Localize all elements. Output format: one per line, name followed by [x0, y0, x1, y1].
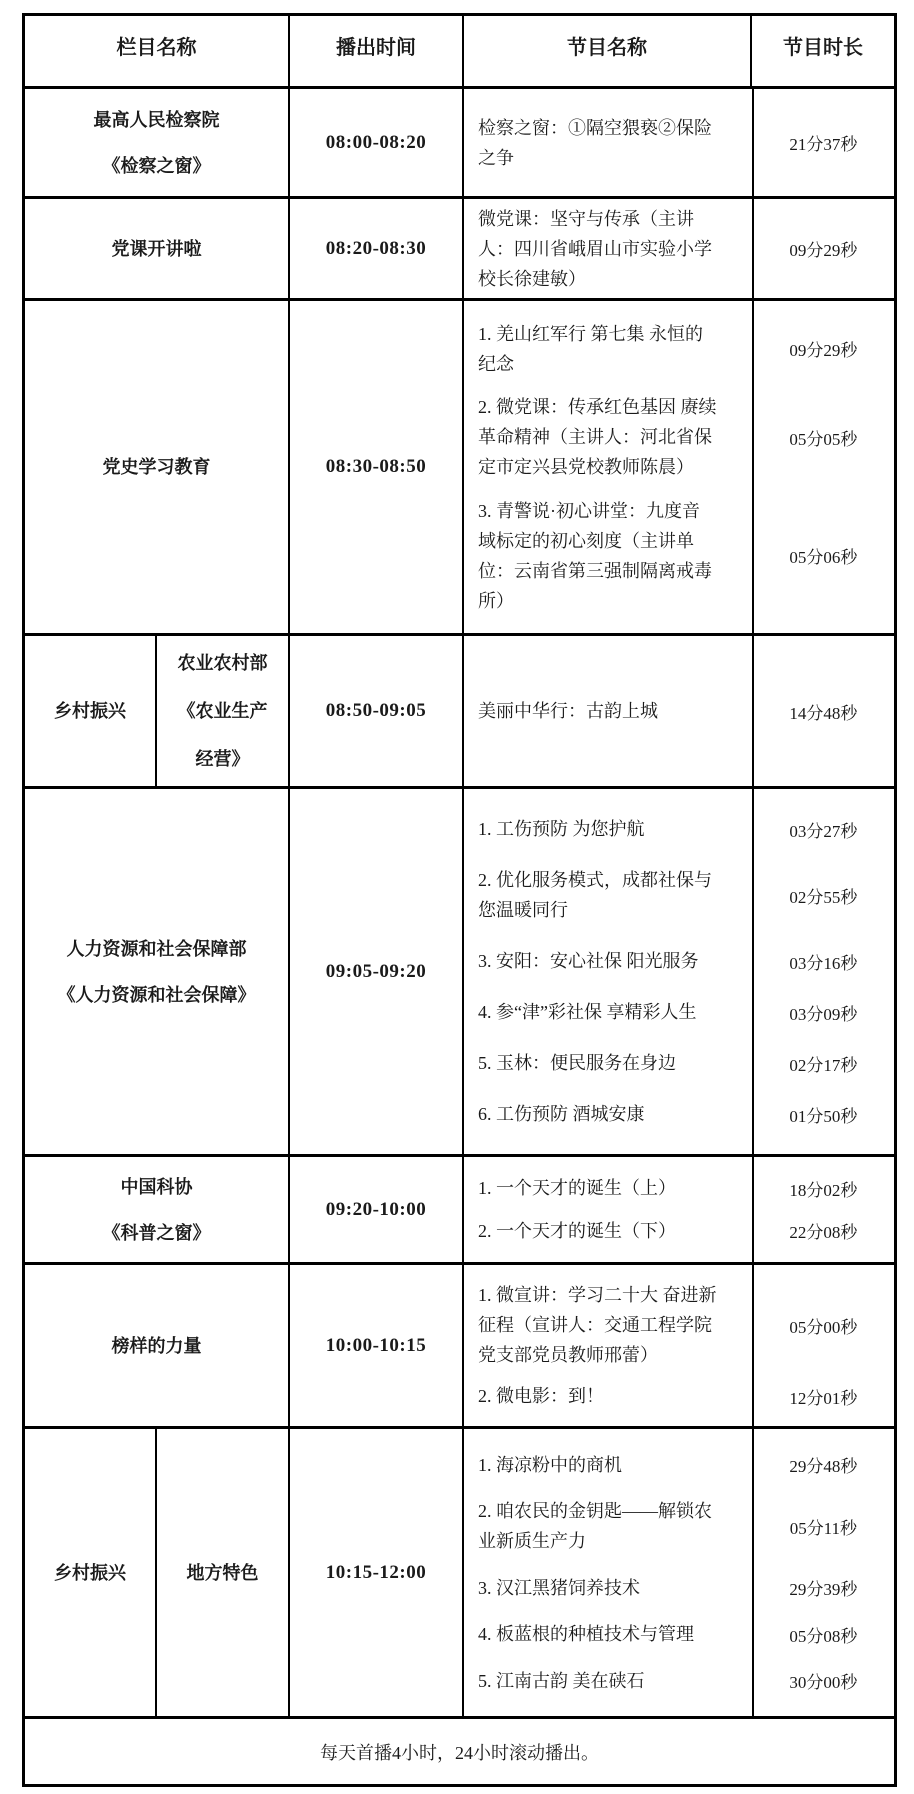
program-entry: 1. 一个天才的诞生（上） 18分02秒 — [464, 1173, 894, 1203]
program-duration: 21分37秒 — [751, 130, 894, 155]
program-entry: 3. 安阳：安心社保 阳光服务 03分16秒 — [464, 946, 894, 976]
program-entry: 美丽中华行：古韵上城 14分48秒 — [464, 696, 894, 726]
programs-cell: 1. 工伤预防 为您护航 03分27秒 2. 优化服务模式，成都社保与您温暖同行… — [462, 789, 894, 1154]
program-title: 3. 青警说·初心讲堂：九度音域标定的初心刻度（主讲单位：云南省第三强制隔离戒毒… — [464, 496, 751, 616]
program-entry: 4. 参“津”彩社保 享精彩人生 03分09秒 — [464, 997, 894, 1027]
program-title: 1. 海凉粉中的商机 — [464, 1450, 751, 1480]
program-title: 4. 板蓝根的种植技术与管理 — [464, 1619, 751, 1649]
sub-column-right-cell: 地方特色 — [155, 1429, 288, 1716]
column-name-line: 农业农村部 — [178, 639, 268, 687]
program-entry: 2. 一个天才的诞生（下） 22分08秒 — [464, 1216, 894, 1246]
program-entry: 2. 优化服务模式，成都社保与您温暖同行 02分55秒 — [464, 865, 894, 925]
programs-cell: 检察之窗：①隔空猥亵②保险之争 21分37秒 — [462, 89, 894, 196]
program-title: 1. 一个天才的诞生（上） — [464, 1173, 751, 1203]
program-entry: 1. 微宣讲：学习二十大 奋进新征程（宣讲人：交通工程学院党支部党员教师邢蕾） … — [464, 1280, 894, 1370]
program-duration: 30分00秒 — [751, 1668, 894, 1693]
column-name-cell: 人力资源和社会保障部 《人力资源和社会保障》 — [25, 789, 288, 1154]
column-name-line: 《检察之窗》 — [103, 143, 211, 189]
program-title: 2. 咱农民的金钥匙——解锁农业新质生产力 — [464, 1496, 751, 1556]
header-program-name: 节目名称 — [462, 16, 750, 86]
program-entry: 2. 咱农民的金钥匙——解锁农业新质生产力 05分11秒 — [464, 1496, 894, 1556]
program-entry: 4. 板蓝根的种植技术与管理 05分08秒 — [464, 1619, 894, 1649]
program-title: 5. 江南古韵 美在硖石 — [464, 1666, 751, 1696]
programs-cell: 1. 微宣讲：学习二十大 奋进新征程（宣讲人：交通工程学院党支部党员教师邢蕾） … — [462, 1265, 894, 1426]
schedule-row: 乡村振兴 农业农村部 《农业生产 经营》 08:50-09:05 美丽中华行：古… — [25, 633, 894, 786]
program-duration: 22分08秒 — [751, 1218, 894, 1243]
program-entry: 3. 汉江黑猪饲养技术 29分39秒 — [464, 1573, 894, 1603]
program-duration: 05分05秒 — [751, 425, 894, 450]
program-title: 1. 微宣讲：学习二十大 奋进新征程（宣讲人：交通工程学院党支部党员教师邢蕾） — [464, 1280, 751, 1370]
program-entry: 微党课：坚守与传承（主讲人：四川省峨眉山市实验小学校长徐建敏） 09分29秒 — [464, 204, 894, 294]
program-title: 2. 一个天才的诞生（下） — [464, 1216, 751, 1246]
program-duration: 18分02秒 — [751, 1176, 894, 1201]
program-entry: 1. 羌山红军行 第七集 永恒的纪念 09分29秒 — [464, 319, 894, 379]
column-name-line: 人力资源和社会保障部 — [67, 926, 247, 972]
program-duration: 05分06秒 — [751, 543, 894, 568]
program-title: 3. 汉江黑猪饲养技术 — [464, 1573, 751, 1603]
column-name-line: 《人力资源和社会保障》 — [58, 972, 256, 1018]
broadcast-time-cell: 09:05-09:20 — [288, 789, 462, 1154]
program-entry: 5. 玉林：便民服务在身边 02分17秒 — [464, 1048, 894, 1078]
program-duration: 09分29秒 — [751, 336, 894, 361]
schedule-row: 乡村振兴 地方特色 10:15-12:00 1. 海凉粉中的商机 29分48秒 … — [25, 1426, 894, 1716]
schedule-row: 人力资源和社会保障部 《人力资源和社会保障》 09:05-09:20 1. 工伤… — [25, 786, 894, 1154]
column-name-line: 中国科协 — [121, 1164, 193, 1210]
broadcast-schedule-table: 栏目名称 播出时间 节目名称 节目时长 最高人民检察院 《检察之窗》 08:00… — [22, 13, 897, 1787]
column-name-line: 榜样的力量 — [112, 1323, 202, 1369]
program-entry: 检察之窗：①隔空猥亵②保险之争 21分37秒 — [464, 113, 894, 173]
program-title: 2. 微电影：到！ — [464, 1381, 751, 1411]
header-column-name: 栏目名称 — [25, 16, 288, 86]
broadcast-time-cell: 10:15-12:00 — [288, 1429, 462, 1716]
program-title: 1. 羌山红军行 第七集 永恒的纪念 — [464, 319, 751, 379]
program-duration: 03分16秒 — [751, 949, 894, 974]
program-entry: 6. 工伤预防 酒城安康 01分50秒 — [464, 1099, 894, 1129]
programs-cell: 1. 海凉粉中的商机 29分48秒 2. 咱农民的金钥匙——解锁农业新质生产力 … — [462, 1429, 894, 1716]
column-name-cell: 最高人民检察院 《检察之窗》 — [25, 89, 288, 196]
program-duration: 14分48秒 — [751, 699, 894, 724]
column-name-line: 经营》 — [196, 735, 250, 783]
program-title: 2. 优化服务模式，成都社保与您温暖同行 — [464, 865, 751, 925]
sub-column-left-cell: 乡村振兴 — [25, 636, 155, 786]
program-title: 1. 工伤预防 为您护航 — [464, 814, 751, 844]
column-name-line: 乡村振兴 — [54, 1550, 126, 1596]
column-name-line: 党课开讲啦 — [112, 226, 202, 272]
program-duration: 03分09秒 — [751, 1000, 894, 1025]
column-name-line: 地方特色 — [187, 1549, 259, 1597]
column-name-line: 乡村振兴 — [54, 688, 126, 734]
column-name-line: 《科普之窗》 — [103, 1210, 211, 1256]
program-duration: 02分17秒 — [751, 1051, 894, 1076]
program-title: 5. 玉林：便民服务在身边 — [464, 1048, 751, 1078]
sub-column-right-cell: 农业农村部 《农业生产 经营》 — [155, 636, 288, 786]
column-name-line: 《农业生产 — [178, 687, 268, 735]
program-duration: 05分08秒 — [751, 1622, 894, 1647]
column-name-cell: 党课开讲啦 — [25, 199, 288, 298]
program-entry: 2. 微党课：传承红色基因 赓续革命精神（主讲人：河北省保定市定兴县党校教师陈晨… — [464, 392, 894, 482]
programs-cell: 1. 一个天才的诞生（上） 18分02秒 2. 一个天才的诞生（下） 22分08… — [462, 1157, 894, 1262]
program-entry: 1. 工伤预防 为您护航 03分27秒 — [464, 814, 894, 844]
broadcast-time-cell: 09:20-10:00 — [288, 1157, 462, 1262]
program-entry: 5. 江南古韵 美在硖石 30分00秒 — [464, 1666, 894, 1696]
program-entry: 1. 海凉粉中的商机 29分48秒 — [464, 1450, 894, 1480]
program-duration: 03分27秒 — [751, 817, 894, 842]
programs-cell: 1. 羌山红军行 第七集 永恒的纪念 09分29秒 2. 微党课：传承红色基因 … — [462, 301, 894, 633]
schedule-row: 中国科协 《科普之窗》 09:20-10:00 1. 一个天才的诞生（上） 18… — [25, 1154, 894, 1262]
program-title: 微党课：坚守与传承（主讲人：四川省峨眉山市实验小学校长徐建敏） — [464, 204, 751, 294]
programs-cell: 微党课：坚守与传承（主讲人：四川省峨眉山市实验小学校长徐建敏） 09分29秒 — [462, 199, 894, 298]
program-title: 4. 参“津”彩社保 享精彩人生 — [464, 997, 751, 1027]
header-program-duration: 节目时长 — [750, 16, 894, 86]
column-name-cell: 榜样的力量 — [25, 1265, 288, 1426]
column-name-line: 党史学习教育 — [103, 444, 211, 490]
column-name-line: 最高人民检察院 — [94, 97, 220, 143]
column-name-cell: 党史学习教育 — [25, 301, 288, 633]
broadcast-time-cell: 08:20-08:30 — [288, 199, 462, 298]
sub-column-left-cell: 乡村振兴 — [25, 1429, 155, 1716]
program-title: 检察之窗：①隔空猥亵②保险之争 — [464, 113, 751, 173]
broadcast-time-cell: 10:00-10:15 — [288, 1265, 462, 1426]
program-entry: 3. 青警说·初心讲堂：九度音域标定的初心刻度（主讲单位：云南省第三强制隔离戒毒… — [464, 496, 894, 616]
program-title: 3. 安阳：安心社保 阳光服务 — [464, 946, 751, 976]
program-duration: 05分00秒 — [751, 1313, 894, 1338]
program-duration: 29分48秒 — [751, 1452, 894, 1477]
schedule-row: 党史学习教育 08:30-08:50 1. 羌山红军行 第七集 永恒的纪念 09… — [25, 298, 894, 633]
programs-cell: 美丽中华行：古韵上城 14分48秒 — [462, 636, 894, 786]
program-title: 6. 工伤预防 酒城安康 — [464, 1099, 751, 1129]
broadcast-time-cell: 08:50-09:05 — [288, 636, 462, 786]
broadcast-time-cell: 08:00-08:20 — [288, 89, 462, 196]
column-name-cell: 中国科协 《科普之窗》 — [25, 1157, 288, 1262]
program-duration: 05分11秒 — [751, 1514, 894, 1539]
schedule-row: 榜样的力量 10:00-10:15 1. 微宣讲：学习二十大 奋进新征程（宣讲人… — [25, 1262, 894, 1426]
footer-note: 每天首播4小时，24小时滚动播出。 — [25, 1716, 894, 1784]
header-row: 栏目名称 播出时间 节目名称 节目时长 — [25, 16, 894, 86]
program-duration: 01分50秒 — [751, 1102, 894, 1127]
schedule-row: 最高人民检察院 《检察之窗》 08:00-08:20 检察之窗：①隔空猥亵②保险… — [25, 86, 894, 196]
schedule-row: 党课开讲啦 08:20-08:30 微党课：坚守与传承（主讲人：四川省峨眉山市实… — [25, 196, 894, 298]
program-duration: 02分55秒 — [751, 883, 894, 908]
program-entry: 2. 微电影：到！ 12分01秒 — [464, 1381, 894, 1411]
broadcast-time-cell: 08:30-08:50 — [288, 301, 462, 633]
program-title: 2. 微党课：传承红色基因 赓续革命精神（主讲人：河北省保定市定兴县党校教师陈晨… — [464, 392, 751, 482]
program-duration: 09分29秒 — [751, 236, 894, 261]
program-title: 美丽中华行：古韵上城 — [464, 696, 751, 726]
program-duration: 29分39秒 — [751, 1575, 894, 1600]
header-broadcast-time: 播出时间 — [288, 16, 462, 86]
program-duration: 12分01秒 — [751, 1384, 894, 1409]
